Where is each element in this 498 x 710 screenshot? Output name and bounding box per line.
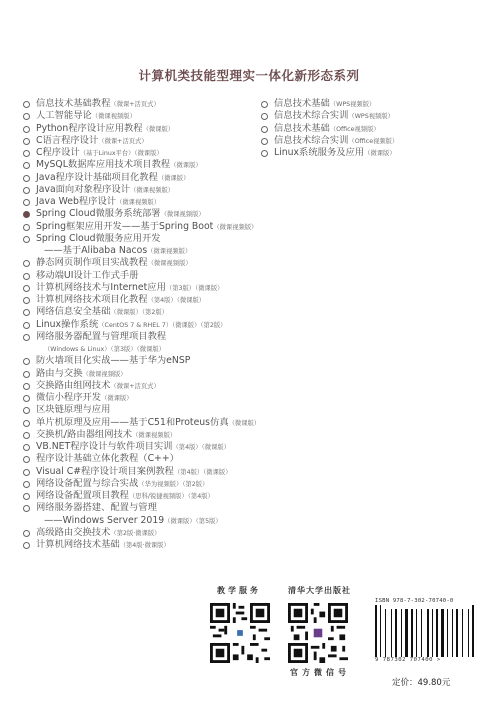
book-edition-note: （Office视频版）	[348, 138, 398, 145]
filled-circle-bullet-icon	[23, 211, 30, 218]
hollow-circle-bullet-icon	[23, 138, 30, 145]
book-edition-note: （微课版）	[158, 175, 189, 182]
book-list-item: 信息技术基础（Office视频版）	[260, 123, 490, 135]
book-edition-note: （微课+活页式）	[110, 383, 159, 390]
book-title: C语言程序设计	[36, 135, 98, 146]
book-title: 网络设备配置项目教程	[36, 490, 129, 501]
book-title: 防火墙项目化实战——基于华为eNSP	[36, 355, 190, 366]
book-edition-note: （华为视频版）（第2版）	[138, 481, 208, 488]
hollow-circle-bullet-icon	[23, 236, 30, 243]
book-list-item: 路由与交换（微课视频版）	[22, 368, 272, 380]
book-list-item: 网络服务器配置与管理项目教程	[22, 331, 272, 343]
book-edition-note: （第4版·微课版）	[120, 542, 170, 549]
book-title: 信息技术综合实训	[274, 110, 348, 121]
book-title: Visual C#程序设计项目案例教程	[36, 466, 174, 477]
book-list-item: 移动端UI设计工作式手册	[22, 270, 272, 282]
hollow-circle-bullet-icon	[23, 101, 30, 108]
book-title: 交换路由组网技术	[36, 380, 110, 391]
book-edition-note: （Windows & Linux）（第3版）（微课版）	[44, 346, 165, 353]
hollow-circle-bullet-icon	[23, 407, 30, 414]
hollow-circle-bullet-icon	[23, 126, 30, 133]
book-edition-note: （WPS视频版）	[330, 101, 376, 108]
book-list-item: Java Web程序设计（微课视频版）	[22, 196, 272, 208]
book-list-item: C语言程序设计（微课+活页式）	[22, 135, 272, 147]
book-list-item: 人工智能导论（微课视频版）	[22, 110, 272, 122]
hollow-circle-bullet-icon	[23, 481, 30, 488]
book-title-continuation: ——Windows Server 2019（微课版）（第5版）	[22, 515, 272, 527]
book-title: MySQL数据库应用技术项目教程	[36, 159, 170, 170]
book-edition-note: （微课版）	[364, 150, 395, 157]
book-title: 计算机网络技术与Internet应用	[36, 282, 166, 293]
hollow-circle-bullet-icon	[23, 273, 30, 280]
hollow-circle-bullet-icon	[23, 285, 30, 292]
book-edition-note: （第2版·微课版）	[110, 530, 160, 537]
hollow-circle-bullet-icon	[23, 175, 30, 182]
book-list-item: 信息技术基础（WPS视频版）	[260, 98, 490, 110]
book-list-item: 单片机原理及应用——基于C51和Proteus仿真（微课版）	[22, 417, 272, 429]
book-list-item: C程序设计（基于Linux平台）（微课版）	[22, 147, 272, 159]
book-list-item: 微信小程序开发（微课版）	[22, 392, 272, 404]
hollow-circle-bullet-icon	[23, 542, 30, 549]
book-list-item: 防火墙项目化实战——基于华为eNSP	[22, 355, 272, 367]
hollow-circle-bullet-icon	[23, 530, 30, 537]
book-title: 单片机原理及应用——基于C51和Proteus仿真	[36, 417, 229, 428]
book-title: 信息技术综合实训	[274, 135, 348, 146]
book-title: 网络服务器配置与管理项目教程	[36, 331, 166, 342]
book-list-item: Spring框架应用开发——基于Spring Boot（微课视频版）	[22, 221, 272, 233]
book-title: 高级路由交换技术	[36, 527, 110, 538]
book-edition-note: （微课视频版）	[213, 224, 257, 231]
book-title: 微信小程序开发	[36, 392, 101, 403]
book-title: ——基于Alibaba Nacos	[44, 245, 147, 256]
hollow-circle-bullet-icon	[23, 224, 30, 231]
book-title: 程序设计基础立体化教程（C++）	[36, 453, 179, 464]
book-edition-note: （微课视频版）	[148, 260, 192, 267]
hollow-circle-bullet-icon	[23, 358, 30, 365]
hollow-circle-bullet-icon	[23, 150, 30, 157]
hollow-circle-bullet-icon	[23, 432, 30, 439]
book-list-item: 程序设计基础立体化教程（C++）	[22, 453, 272, 465]
left-book-list: 信息技术基础教程（微课+活页式）人工智能导论（微课视频版）Python程序设计应…	[22, 98, 272, 551]
book-list-item: 区块链原理与应用	[22, 404, 272, 416]
book-edition-note: （基于Linux平台）（微课版）	[80, 150, 163, 157]
book-title: 区块链原理与应用	[36, 404, 110, 415]
hollow-circle-bullet-icon	[23, 456, 30, 463]
book-title: 人工智能导论	[36, 110, 92, 121]
isbn-barcode: ISBN 978-7-302-70740-0 9 787302 707400 >	[375, 598, 483, 670]
hollow-circle-bullet-icon	[23, 260, 30, 267]
hollow-circle-bullet-icon	[23, 199, 30, 206]
book-edition-note: （微课版）	[101, 395, 132, 402]
barcode-bars	[375, 605, 483, 657]
book-edition-note: （微课视频版）	[83, 371, 127, 378]
teaching-service-qr-code[interactable]	[210, 603, 270, 663]
book-title: 静态网页制作项目实战教程	[36, 257, 148, 268]
book-title: Linux系统服务及应用	[274, 147, 364, 158]
book-title: 路由与交换	[36, 368, 83, 379]
book-list-item: 网络设备配置项目教程（思科/锐捷视频版）（第4版）	[22, 490, 272, 502]
hollow-circle-bullet-icon	[23, 371, 30, 378]
book-edition-note: （微课视频版）	[116, 199, 160, 206]
book-list-item: Python程序设计应用教程（微课版）	[22, 123, 272, 135]
book-list-item: Visual C#程序设计项目案例教程（第4版）（微课版）	[22, 466, 272, 478]
book-list-item: Linux操作系统（CentOS 7 & RHEL 7）（微课版）（第2版）	[22, 319, 272, 331]
publisher-label: 清华大学出版社	[288, 585, 351, 596]
book-edition-note: （微课视频版）	[161, 211, 205, 218]
book-edition-note: （微课+活页式）	[98, 138, 147, 145]
book-edition-note: （微课版）（第2版）	[110, 309, 168, 316]
book-edition-note: （第3版）（微课版）	[166, 285, 224, 292]
hollow-circle-bullet-icon	[23, 162, 30, 169]
hollow-circle-bullet-icon	[23, 493, 30, 500]
book-edition-note: （微课视频版）	[132, 432, 176, 439]
book-list-item: 网络服务器搭建、配置与管理	[22, 502, 272, 514]
book-edition-note: （微课版）（第5版）	[164, 518, 222, 525]
hollow-circle-bullet-icon	[23, 420, 30, 427]
book-edition-note: （微课视频版）	[147, 248, 191, 255]
book-title: Java程序设计基础项目化教程	[36, 172, 158, 183]
book-title: Linux操作系统	[36, 319, 98, 330]
book-title: VB.NET程序设计与软件项目实训	[36, 441, 172, 452]
book-edition-note: （第4版）（微课版）	[172, 444, 230, 451]
book-edition-note: （微课版）	[170, 162, 201, 169]
book-title: Python程序设计应用教程	[36, 123, 143, 134]
book-title: 信息技术基础	[274, 98, 330, 109]
book-edition-note: （第4版）（微课版）	[148, 297, 206, 304]
hollow-circle-bullet-icon	[261, 150, 268, 157]
book-list-item: 计算机网络技术基础（第4版·微课版）	[22, 539, 272, 551]
hollow-circle-bullet-icon	[23, 297, 30, 304]
book-title: 计算机网络技术基础	[36, 539, 120, 550]
book-list-item: 信息技术综合实训（WPS视频版）	[260, 110, 490, 122]
hollow-circle-bullet-icon	[261, 101, 268, 108]
official-wechat-label: 官方微信号	[290, 667, 350, 678]
hollow-circle-bullet-icon	[23, 444, 30, 451]
book-list-item: Spring Cloud微服务应用开发	[22, 233, 272, 245]
book-title: Spring Cloud微服务系统部署	[36, 208, 161, 219]
book-list-item: 网络设备配置与综合实战（华为视频版）（第2版）	[22, 478, 272, 490]
book-title: 网络设备配置与综合实战	[36, 478, 138, 489]
hollow-circle-bullet-icon	[23, 395, 30, 402]
hollow-circle-bullet-icon	[23, 469, 30, 476]
book-edition-note: （第4版）（微课版）	[174, 469, 232, 476]
book-edition-note: （微课+活页式）	[110, 101, 159, 108]
book-title: 信息技术基础	[274, 123, 330, 134]
hollow-circle-bullet-icon	[23, 383, 30, 390]
book-title: 交换机/路由器组网技术	[36, 429, 132, 440]
hollow-circle-bullet-icon	[261, 138, 268, 145]
book-list-item: 交换机/路由器组网技术（微课视频版）	[22, 429, 272, 441]
hollow-circle-bullet-icon	[23, 334, 30, 341]
book-title: Java面向对象程序设计	[36, 184, 130, 195]
book-list-item: Java面向对象程序设计（微课视频版）	[22, 184, 272, 196]
book-edition-note: （微课视频版）	[92, 113, 136, 120]
teaching-service-label: 教学服务	[217, 585, 261, 596]
book-list-item: 交换路由组网技术（微课+活页式）	[22, 380, 272, 392]
book-title: Java Web程序设计	[36, 196, 116, 207]
book-list-item: Java程序设计基础项目化教程（微课版）	[22, 172, 272, 184]
isbn-top-text: ISBN 978-7-302-70740-0	[375, 598, 483, 604]
book-list-item: 静态网页制作项目实战教程（微课视频版）	[22, 257, 272, 269]
hollow-circle-bullet-icon	[23, 187, 30, 194]
hollow-circle-bullet-icon	[23, 113, 30, 120]
book-title: C程序设计	[36, 147, 80, 158]
price: 定价：49.80元	[392, 676, 450, 688]
book-edition-note: （Office视频版）	[330, 126, 380, 133]
book-list-item: 网络信息安全基础（微课版）（第2版）	[22, 306, 272, 318]
book-list-item: MySQL数据库应用技术项目教程（微课版）	[22, 159, 272, 171]
book-list-item: 信息技术基础教程（微课+活页式）	[22, 98, 272, 110]
series-title: 计算机类技能型理实一体化新形态系列	[0, 66, 498, 84]
hollow-circle-bullet-icon	[23, 309, 30, 316]
hollow-circle-bullet-icon	[261, 126, 268, 133]
book-list-item: 计算机网络技术项目化教程（第4版）（微课版）	[22, 294, 272, 306]
official-wechat-qr-code[interactable]	[288, 603, 348, 663]
book-edition-note: （WPS视频版）	[348, 113, 394, 120]
book-edition-note: （思科/锐捷视频版）（第4版）	[129, 493, 214, 500]
right-book-list: 信息技术基础（WPS视频版）信息技术综合实训（WPS视频版）信息技术基础（Off…	[260, 98, 490, 159]
book-edition-note: （CentOS 7 & RHEL 7）（微课版）（第2版）	[98, 322, 226, 329]
book-title: 网络信息安全基础	[36, 306, 110, 317]
qr-code-icon	[210, 603, 270, 663]
book-title: Spring Cloud微服务应用开发	[36, 233, 161, 244]
book-list-item: 高级路由交换技术（第2版·微课版）	[22, 527, 272, 539]
book-list-item: VB.NET程序设计与软件项目实训（第4版）（微课版）	[22, 441, 272, 453]
book-list-item: Spring Cloud微服务系统部署（微课视频版）	[22, 208, 272, 220]
book-title: 网络服务器搭建、配置与管理	[36, 502, 157, 513]
qr-code-icon	[288, 603, 348, 663]
book-title: 信息技术基础教程	[36, 98, 110, 109]
book-edition-note: （微课视频版）	[130, 187, 174, 194]
book-title: ——Windows Server 2019	[44, 515, 164, 526]
book-edition-note: （微课版）	[229, 420, 260, 427]
book-title-continuation: ——基于Alibaba Nacos（微课视频版）	[22, 245, 272, 257]
hollow-circle-bullet-icon	[23, 505, 30, 512]
book-edition-note: （微课版）	[143, 126, 174, 133]
book-list-item: 信息技术综合实训（Office视频版）	[260, 135, 490, 147]
book-title: Spring框架应用开发——基于Spring Boot	[36, 221, 213, 232]
book-title: 移动端UI设计工作式手册	[36, 270, 139, 281]
book-list-item: Linux系统服务及应用（微课版）	[260, 147, 490, 159]
hollow-circle-bullet-icon	[23, 322, 30, 329]
book-title-continuation: （Windows & Linux）（第3版）（微课版）	[22, 343, 272, 355]
isbn-bottom-text: 9 787302 707400 >	[375, 657, 483, 663]
hollow-circle-bullet-icon	[261, 113, 268, 120]
book-title: 计算机网络技术项目化教程	[36, 294, 148, 305]
book-list-item: 计算机网络技术与Internet应用（第3版）（微课版）	[22, 282, 272, 294]
